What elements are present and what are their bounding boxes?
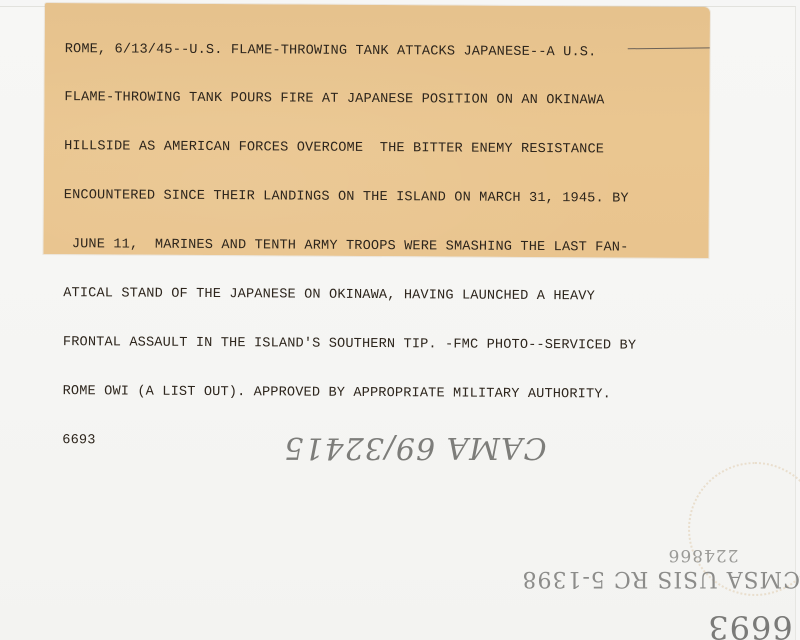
handwritten-catalog-number: 224866 [648, 545, 758, 565]
caption-line: ATICAL STAND OF THE JAPANESE ON OKINAWA,… [63, 286, 636, 306]
scanned-document: ROME, 6/13/45--U.S. FLAME-THROWING TANK … [0, 0, 800, 640]
caption-text: ROME, 6/13/45--U.S. FLAME-THROWING TANK … [62, 9, 638, 485]
caption-line: HILLSIDE AS AMERICAN FORCES OVERCOME THE… [64, 139, 637, 159]
caption-strip: ROME, 6/13/45--U.S. FLAME-THROWING TANK … [43, 3, 710, 258]
caption-line: ROME OWI (A LIST OUT). APPROVED BY APPRO… [63, 384, 636, 404]
caption-line: JUNE 11, MARINES AND TENTH ARMY TROOPS W… [63, 237, 636, 257]
pencil-underline [628, 47, 710, 49]
caption-line: FLAME-THROWING TANK POURS FIRE AT JAPANE… [64, 91, 637, 111]
handwritten-archive-code: CMSA USIS RC 5-1398 [570, 566, 800, 591]
caption-line: FRONTAL ASSAULT IN THE ISLAND'S SOUTHERN… [63, 335, 636, 355]
handwritten-photo-id: 6693 [700, 608, 800, 640]
caption-line: ROME, 6/13/45--U.S. FLAME-THROWING TANK … [65, 42, 638, 62]
caption-line: ENCOUNTERED SINCE THEIR LANDINGS ON THE … [64, 188, 637, 208]
handwritten-reference-note: CAMA 69/32415 [255, 430, 575, 465]
